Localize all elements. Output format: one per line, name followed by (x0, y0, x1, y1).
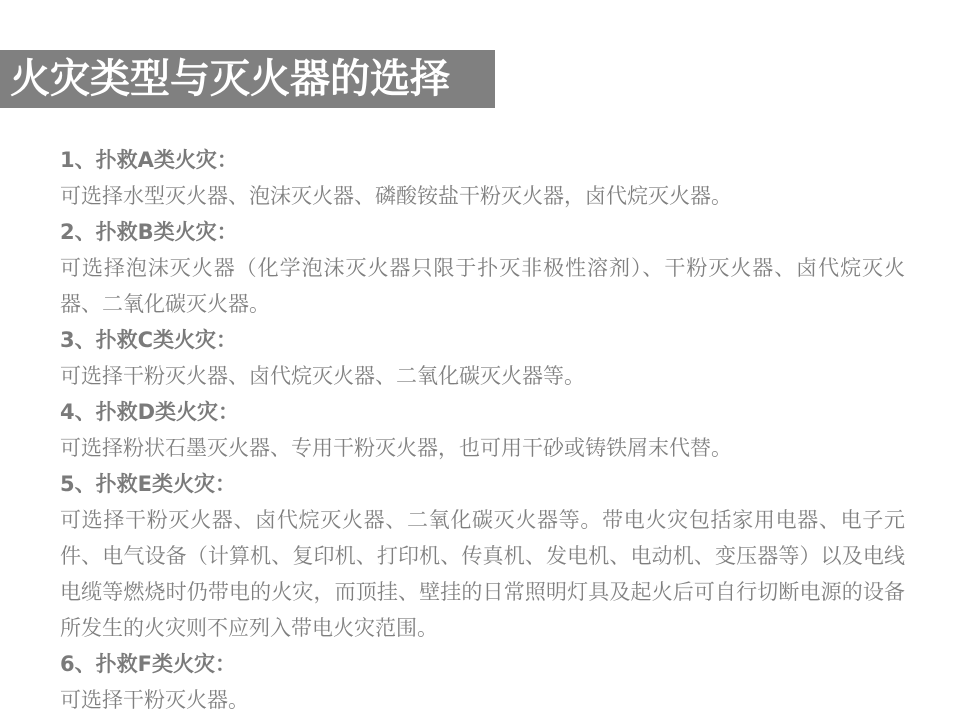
section-body: 可选择水型灭火器、泡沫灭火器、磷酸铵盐干粉灭火器，卤代烷灭火器。 (60, 178, 905, 214)
page-title: 火灾类型与灭火器的选择 (10, 59, 450, 99)
section-c: 3、扑救C类火灾： 可选择干粉灭火器、卤代烷灭火器、二氧化碳灭火器等。 (60, 322, 905, 394)
section-heading: 2、扑救B类火灾： (60, 214, 905, 250)
section-body: 可选择干粉灭火器。 (60, 682, 905, 718)
section-f: 6、扑救F类火灾： 可选择干粉灭火器。 (60, 646, 905, 718)
section-body: 可选择粉状石墨灭火器、专用干粉灭火器，也可用干砂或铸铁屑末代替。 (60, 430, 905, 466)
section-body: 可选择泡沫灭火器（化学泡沫灭火器只限于扑灭非极性溶剂）、干粉灭火器、卤代烷灭火器… (60, 250, 905, 322)
content-body: 1、扑救A类火灾： 可选择水型灭火器、泡沫灭火器、磷酸铵盐干粉灭火器，卤代烷灭火… (60, 142, 905, 718)
section-heading: 1、扑救A类火灾： (60, 142, 905, 178)
section-b: 2、扑救B类火灾： 可选择泡沫灭火器（化学泡沫灭火器只限于扑灭非极性溶剂）、干粉… (60, 214, 905, 322)
title-banner: 火灾类型与灭火器的选择 (0, 50, 495, 108)
section-e: 5、扑救E类火灾： 可选择干粉灭火器、卤代烷灭火器、二氧化碳灭火器等。带电火灾包… (60, 466, 905, 646)
section-heading: 5、扑救E类火灾： (60, 466, 905, 502)
section-heading: 6、扑救F类火灾： (60, 646, 905, 682)
section-body: 可选择干粉灭火器、卤代烷灭火器、二氧化碳灭火器等。 (60, 358, 905, 394)
section-heading: 4、扑救D类火灾： (60, 394, 905, 430)
section-a: 1、扑救A类火灾： 可选择水型灭火器、泡沫灭火器、磷酸铵盐干粉灭火器，卤代烷灭火… (60, 142, 905, 214)
section-body: 可选择干粉灭火器、卤代烷灭火器、二氧化碳灭火器等。带电火灾包括家用电器、电子元件… (60, 502, 905, 646)
section-d: 4、扑救D类火灾： 可选择粉状石墨灭火器、专用干粉灭火器，也可用干砂或铸铁屑末代… (60, 394, 905, 466)
section-heading: 3、扑救C类火灾： (60, 322, 905, 358)
